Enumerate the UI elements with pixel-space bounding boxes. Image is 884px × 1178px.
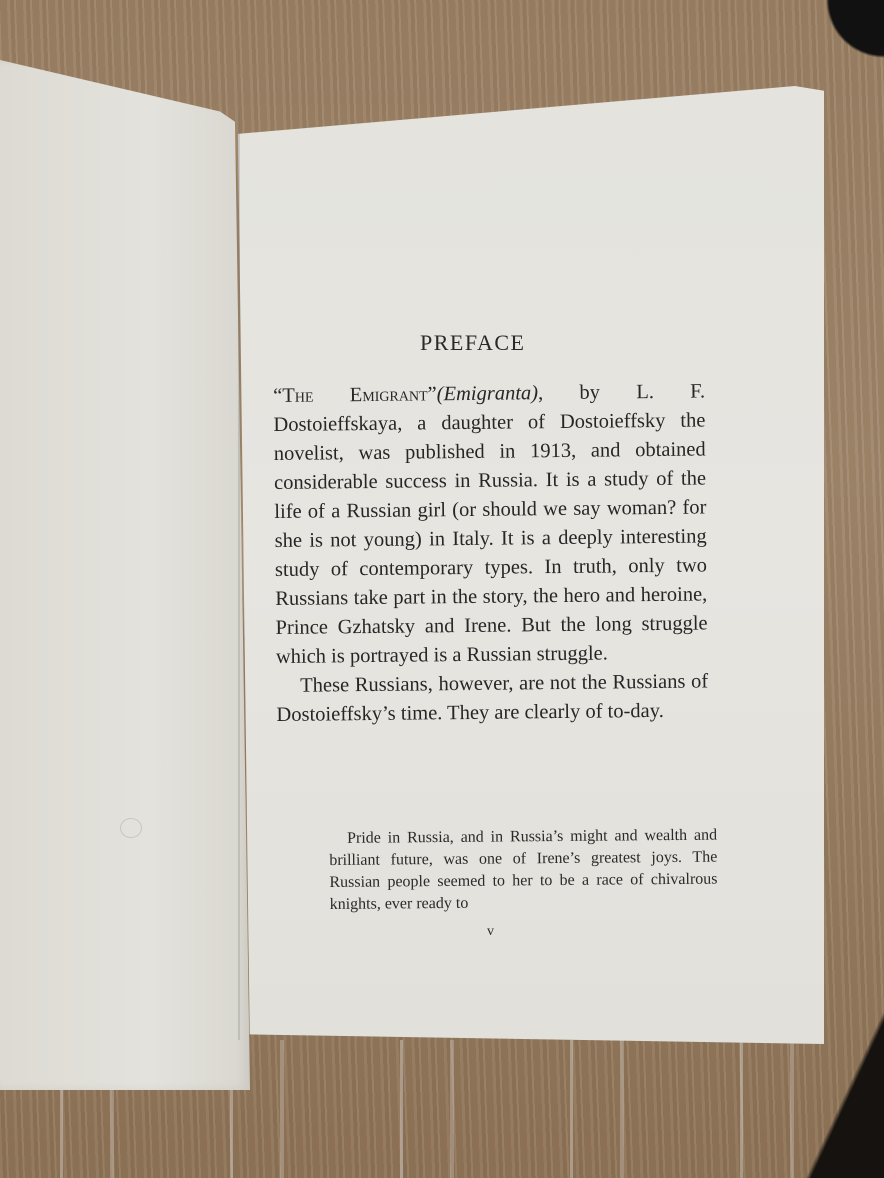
close-quote: ”: [427, 383, 436, 405]
book-title-small-caps: The Emigrant: [282, 383, 428, 407]
preface-body: “The Emigrant”(Emigranta), by L. F. Dost…: [273, 377, 709, 730]
book-title-italic: (Emigranta): [437, 382, 539, 405]
open-quote: “: [273, 385, 282, 407]
page-stain: [120, 818, 142, 838]
left-page-blank: [0, 60, 250, 1090]
paragraph-1: “The Emigrant”(Emigranta), by L. F. Dost…: [273, 377, 708, 672]
background-shadow-top: [804, 0, 884, 60]
block-quote: Pride in Russia, and in Russia’s might a…: [329, 825, 718, 916]
block-quote-text: Pride in Russia, and in Russia’s might a…: [329, 825, 718, 916]
book-spine-fold: [238, 110, 240, 1040]
paragraph-1-text: , by L. F. Dostoieffskaya, a daughter of…: [273, 380, 707, 668]
paragraph-2: These Russians, however, are not the Rus…: [276, 667, 709, 730]
page-number: v: [487, 924, 494, 940]
page-title: PREFACE: [420, 330, 525, 356]
